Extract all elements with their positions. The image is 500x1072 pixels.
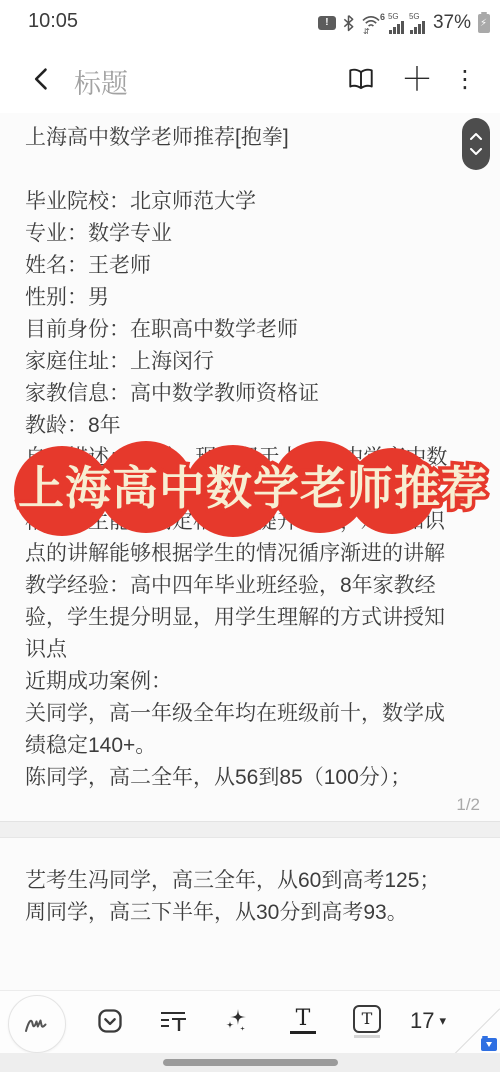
book-icon <box>346 65 376 93</box>
bluetooth-icon <box>342 14 355 32</box>
note-line: 教龄：8年 <box>25 410 447 442</box>
note-line: 艺考生冯同学，高三全年，从60到高考125； <box>25 865 440 897</box>
scroll-widget[interactable] <box>462 118 490 170</box>
home-indicator[interactable] <box>163 1059 338 1066</box>
add-page-button[interactable]: ＋ <box>400 63 434 95</box>
note-line: 家庭住址：上海闵行 <box>25 346 447 378</box>
page-break-divider <box>0 821 500 838</box>
note-line: 毕业院校：北京师范大学 <box>25 186 447 218</box>
scroll-up-icon[interactable] <box>469 132 483 140</box>
note-line: 家教信息：高中数学教师资格证 <box>25 378 447 410</box>
note-line: 近期成功案例： <box>25 666 447 698</box>
banner-text: 上海高中数学老师推荐 上海高中数学老师推荐 <box>18 462 492 518</box>
sim2-signal-icon: 5G <box>410 13 425 34</box>
note-line: 验，学生提分明显，用学生理解的方式讲授知 <box>25 602 447 634</box>
note-line: 性别：男 <box>25 282 447 314</box>
wifi-traffic-arrows: ⇵ <box>363 27 370 36</box>
note-line: 姓名：王老师 <box>25 250 447 282</box>
note-line: 周同学，高三下半年，从30分到高考93。 <box>25 897 440 929</box>
sim1-signal-icon: 5G <box>389 13 404 34</box>
note-line: 目前身份：在职高中数学老师 <box>25 314 447 346</box>
note-body[interactable]: 上海高中数学老师推荐[抱拳] 毕业院校：北京师范大学 专业：数学专业 姓名：王老… <box>0 113 500 990</box>
note-text-page2: 艺考生冯同学，高三全年，从60到高考125； 周同学，高三下半年，从30分到高考… <box>25 865 440 929</box>
text-style-button[interactable]: T <box>281 999 325 1043</box>
battery-charging-icon: ⚡ <box>478 14 490 33</box>
floating-folder-icon[interactable] <box>481 1038 497 1051</box>
clock: 10:05 <box>28 10 78 33</box>
status-icons: ! 6 ⇵ 5G 5 <box>318 8 490 38</box>
wifi6-label: 6 <box>380 12 385 22</box>
note-line: 点的讲解能够根据学生的情况循序渐进的讲解 <box>25 538 447 570</box>
text-background-button[interactable]: T <box>345 999 389 1043</box>
chevron-down-icon: ▾ <box>439 1013 446 1029</box>
scroll-down-icon[interactable] <box>469 148 483 156</box>
note-line: 关同学，高一年级全年均在班级前十，数学成 <box>25 698 447 730</box>
edit-toolbar: T T 17 ▾ <box>0 990 500 1054</box>
more-options-button[interactable]: ⋮ <box>448 63 482 95</box>
page-indicator: 1/2 <box>456 795 480 815</box>
underline-bar <box>290 1031 316 1034</box>
paragraph-style-button[interactable] <box>151 999 195 1043</box>
note-line: 上海高中数学老师推荐[抱拳] <box>25 122 447 154</box>
status-bar: 10:05 ! 6 ⇵ 5G <box>0 0 500 45</box>
sparkles-icon <box>222 1006 252 1036</box>
note-line: 专业：数学专业 <box>25 218 447 250</box>
note-line: 绩稳定140+。 <box>25 730 447 762</box>
pen-scribble-icon <box>22 1011 52 1037</box>
note-line: 识点 <box>25 634 447 666</box>
kebab-menu-icon: ⋮ <box>453 65 477 94</box>
plus-icon: ＋ <box>401 64 433 94</box>
back-button[interactable] <box>28 65 56 93</box>
reader-mode-button[interactable] <box>344 63 378 95</box>
boxed-t-icon: T <box>353 1005 381 1033</box>
checkbox-icon <box>96 1007 124 1035</box>
ai-assist-button[interactable] <box>215 999 259 1043</box>
color-bar <box>354 1035 380 1038</box>
handwriting-pen-button[interactable] <box>8 995 66 1053</box>
note-line: 陈同学，高二全年，从56到85（100分）； <box>25 762 447 794</box>
note-line <box>25 154 447 186</box>
gesture-nav-bar <box>0 1053 500 1072</box>
corner-fold <box>450 1008 500 1058</box>
text-format-icon <box>158 1007 188 1035</box>
font-size-dropdown[interactable]: 17 ▾ <box>400 999 456 1043</box>
app-header: 标题 ＋ ⋮ <box>0 45 500 114</box>
phone-screen: 10:05 ! 6 ⇵ 5G <box>0 0 500 1072</box>
wifi6-icon: 6 ⇵ <box>361 13 383 33</box>
serif-t-icon: T <box>296 1009 311 1029</box>
battery-percent: 37% <box>433 12 471 34</box>
checklist-button[interactable] <box>88 999 132 1043</box>
note-line: 教学经验：高中四年毕业班经验，8年家教经 <box>25 570 447 602</box>
promo-banner: 上海高中数学老师推荐 上海高中数学老师推荐 <box>14 448 492 530</box>
sd-card-alert-icon: ! <box>318 16 336 30</box>
font-size-value: 17 <box>410 1008 434 1034</box>
note-title-placeholder[interactable]: 标题 <box>74 62 128 101</box>
